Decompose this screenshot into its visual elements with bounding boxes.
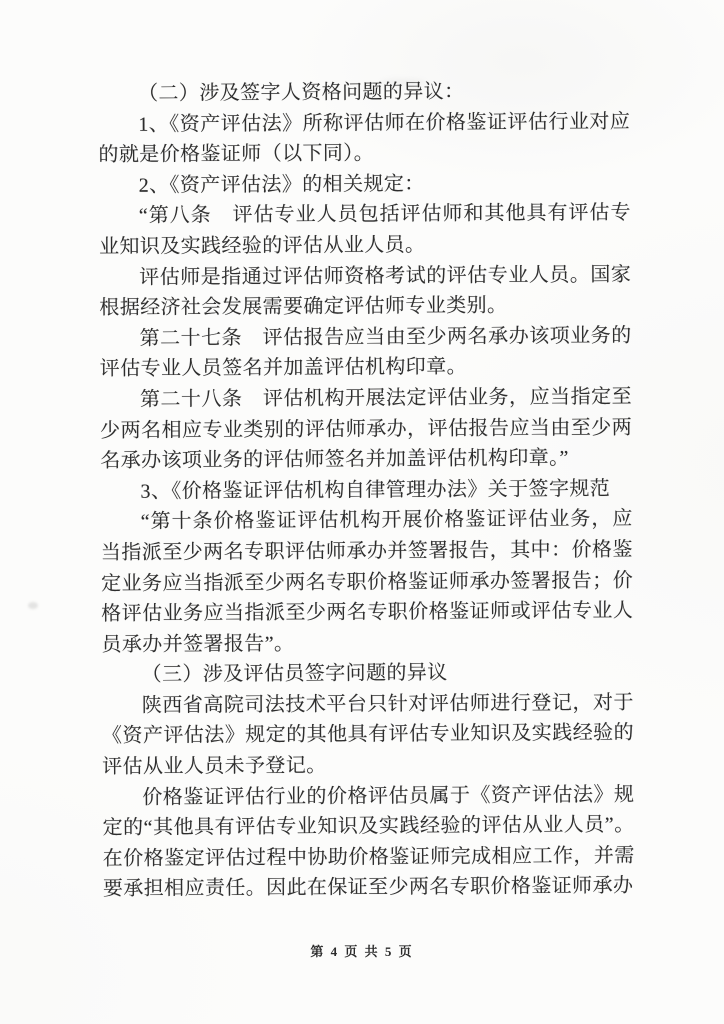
paragraph: 1、《资产评估法》所称评估师在价格鉴证评估行业对应的就是价格鉴证师（以下同）。 — [98, 106, 630, 170]
paragraph: 第二十七条 评估报告应当由至少两名承办该项业务的评估专业人员签名并加盖评估机构印… — [99, 320, 631, 384]
paragraph: （二）涉及签字人资格问题的异议： — [98, 76, 630, 110]
paragraph: 2、《资产评估法》的相关规定： — [99, 168, 631, 202]
paragraph: “第八条 评估专业人员包括评估师和其他具有评估专业知识及实践经验的评估从业人员。 — [99, 198, 631, 262]
paragraph: 第二十八条 评估机构开展法定评估业务，应当指定至少两名相应专业类别的评估师承办，… — [100, 382, 633, 477]
scan-speck — [28, 602, 38, 609]
scanned-document-page: （二）涉及签字人资格问题的异议： 1、《资产评估法》所称评估师在价格鉴证评估行业… — [0, 0, 724, 1024]
document-body: （二）涉及签字人资格问题的异议： 1、《资产评估法》所称评估师在价格鉴证评估行业… — [98, 76, 635, 905]
paragraph: 评估师是指通过评估师资格考试的评估专业人员。国家根据经济社会发展需要确定评估师专… — [99, 259, 631, 323]
paragraph: 陕西省高院司法技术平台只针对评估师进行登记，对于《资产评估法》规定的其他具有评估… — [102, 688, 635, 783]
paragraph: 3、《价格鉴证评估机构自律管理办法》关于签字规范 — [100, 473, 632, 507]
page-number-footer: 第 4 页 共 5 页 — [0, 941, 724, 960]
paragraph: 价格鉴证评估行业的价格评估员属于《资产评估法》规定的“其他具有评估专业知识及实践… — [102, 779, 635, 905]
paragraph: （三）涉及评估员签字问题的异议 — [102, 657, 634, 691]
paragraph: “第十条价格鉴证评估机构开展价格鉴证评估业务，应当指派至少两名专职评估师承办并签… — [101, 504, 634, 660]
